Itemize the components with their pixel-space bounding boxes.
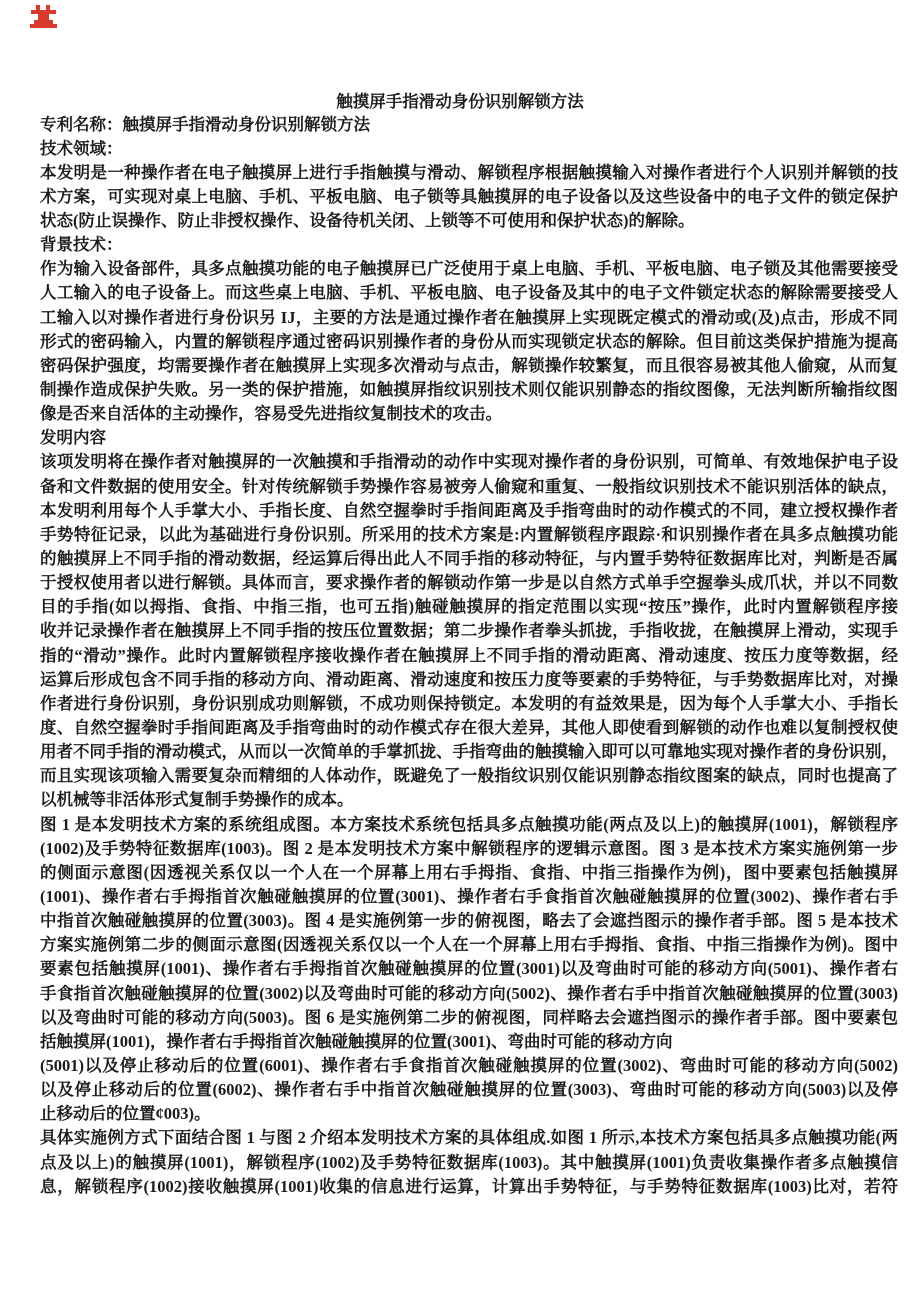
text-line: 以及停止移动后的位置(6002)、操作者右手中指首次触碰触摸屏的位置(3003)… (40, 1078, 898, 1102)
text-line: 图 1 是本发明技术方案的系统组成图。本方案技术系统包括具多点触摸功能(两点及以… (40, 813, 898, 837)
text-line: 的触摸屏上不同手指的滑动数据，经运算后得出此人不同手指的移动特征，与内置手势特征… (40, 547, 898, 571)
text-line: 于授权使用者以进行解锁。具体而言，要求操作者的解锁动作第一步是以自然方式单手空握… (40, 571, 898, 595)
text-line: 形式的密码输入，内置的解锁程序通过密码识别操作者的身份从而实现锁定状态的解除。但… (40, 330, 898, 354)
document-title: 触摸屏手指滑动身份识别解锁方法 (0, 88, 920, 112)
patent-document-page: 触摸屏手指滑动身份识别解锁方法 专利名称：触摸屏手指滑动身份识别解锁方法技术领域… (0, 0, 920, 1302)
text-line: 中指首次触碰触摸屏的位置(3003)。图 4 是实施例第一步的俯视图，略去了会遮… (40, 909, 898, 933)
red-stamp-icon (30, 5, 57, 28)
text-line: (1002)及手势特征数据库(1003)。图 2 是本发明技术方案中解锁程序的逻… (40, 837, 898, 861)
text-line: (5001)以及停止移动后的位置(6001)、操作者右手食指首次触碰触摸屏的位置… (40, 1054, 898, 1078)
text-line: 手食指首次触碰触摸屏的位置(3002)以及弯曲时可能的移动方向(5002)、操作… (40, 982, 898, 1006)
text-line: 像是否来自活体的主动操作，容易受先进指纹复制技术的攻击。 (40, 402, 898, 426)
text-line: 收并记录操作者在触摸屏上不同手指的按压位置数据；第二步操作者拳头抓拢，手指收拢，… (40, 619, 898, 643)
text-line: 该项发明将在操作者对触摸屏的一次触摸和手指滑动的动作中实现对操作者的身份识别，可… (40, 450, 898, 474)
text-line: 方案实施例第二步的侧面示意图(因透视关系仅以一个人在一个屏幕上用右手拇指、食指、… (40, 933, 898, 957)
text-line: 专利名称：触摸屏手指滑动身份识别解锁方法 (40, 113, 898, 137)
text-line: 度、自然空握拳时手指间距离及手指弯曲时的动作模式存在很大差异，其他人即使看到解锁… (40, 716, 898, 740)
text-line: 止移动后的位置¢003)。 (40, 1102, 898, 1126)
text-line: 发明内容 (40, 426, 898, 450)
text-line: 背景技术： (40, 233, 898, 257)
text-line: 密码保护强度，均需要操作者在触摸屏上实现多次滑动与点击，解锁操作较繁复，而且很容… (40, 354, 898, 378)
text-line: 以机械等非活体形式复制手势操作的成本。 (40, 788, 898, 812)
text-line: 制操作造成保护失败。另一类的保护措施，如触摸屏指纹识别技术则仅能识别静态的指纹图… (40, 378, 898, 402)
text-line: 作者进行身份识别，身份识别成功则解锁，不成功则保持锁定。本发明的有益效果是，因为… (40, 692, 898, 716)
text-line: 术方案，可实现对桌上电脑、手机、平板电脑、电子锁等具触摸屏的电子设备以及这些设备… (40, 185, 898, 209)
text-line: 技术领域： (40, 137, 898, 161)
text-line: 括触摸屏(1001)，操作者右手拇指首次触碰触摸屏的位置(3001)、弯曲时可能… (40, 1030, 898, 1054)
text-line: 而且实现该项输入需要复杂而精细的人体动作，既避免了一般指纹识别仅能识别静态指纹图… (40, 764, 898, 788)
text-line: 目的手指(如以拇指、食指、中指三指，也可五指)触碰触摸屏的指定范围以实现“按压”… (40, 595, 898, 619)
document-body: 专利名称：触摸屏手指滑动身份识别解锁方法技术领域：本发明是一种操作者在电子触摸屏… (40, 113, 898, 1199)
text-line: 备和文件数据的使用安全。针对传统解锁手势操作容易被旁人偷窥和重复、一般指纹识别技… (40, 475, 898, 499)
text-line: 本发明利用每个人手掌大小、手指长度、自然空握拳时手指间距离及手指弯曲时的动作模式… (40, 499, 898, 523)
text-line: 作为输入设备部件，具多点触摸功能的电子触摸屏已广泛使用于桌上电脑、手机、平板电脑… (40, 257, 898, 281)
text-line: 运算后形成包含不同手指的移动方向、滑动距离、滑动速度和按压力度等要素的手势特征，… (40, 668, 898, 692)
text-line: 点及以上)的触摸屏(1001)，解锁程序(1002)及手势特征数据库(1003)… (40, 1151, 898, 1175)
text-line: 人工输入的电子设备上。而这些桌上电脑、手机、平板电脑、电子设备及其中的电子文件锁… (40, 281, 898, 305)
text-line: 本发明是一种操作者在电子触摸屏上进行手指触摸与滑动、解锁程序根据触摸输入对操作者… (40, 161, 898, 185)
red-stamp-icon-svg (30, 5, 57, 28)
text-line: 要素包括触摸屏(1001)、操作者右手拇指首次触碰触摸屏的位置(3001)以及弯… (40, 957, 898, 981)
text-line: (1001)、操作者右手拇指首次触碰触摸屏的位置(3001)、操作者右手食指首次… (40, 885, 898, 909)
text-line: 用者不同手指的滑动模式，从而以一次简单的手掌抓拢、手指弯曲的触摸输入即可以可靠地… (40, 740, 898, 764)
text-line: 以及弯曲时可能的移动方向(5003)。图 6 是实施例第二步的俯视图，同样略去会… (40, 1006, 898, 1030)
text-line: 息，解锁程序(1002)接收触摸屏(1001)收集的信息进行运算，计算出手势特征… (40, 1175, 898, 1199)
text-line: 的侧面示意图(因透视关系仅以一个人在一个屏幕上用右手拇指、食指、中指三指操作为例… (40, 861, 898, 885)
text-line: 手势特征记录，以此为基础进行身份识别。所采用的技术方案是:内置解锁程序跟踪·和识… (40, 523, 898, 547)
text-line: 具体实施例方式下面结合图 1 与图 2 介绍本发明技术方案的具体组成.如图 1 … (40, 1126, 898, 1150)
text-line: 状态(防止误操作、防止非授权操作、设备待机关闭、上锁等不可使用和保护状态)的解除… (40, 209, 898, 233)
text-line: 指的“滑动”操作。此时内置解锁程序接收操作者在触摸屏上不同手指的滑动距离、滑动速… (40, 644, 898, 668)
text-line: 工输入以对操作者进行身份识另 IJ，主要的方法是通过操作者在触摸屏上实现既定模式… (40, 306, 898, 330)
